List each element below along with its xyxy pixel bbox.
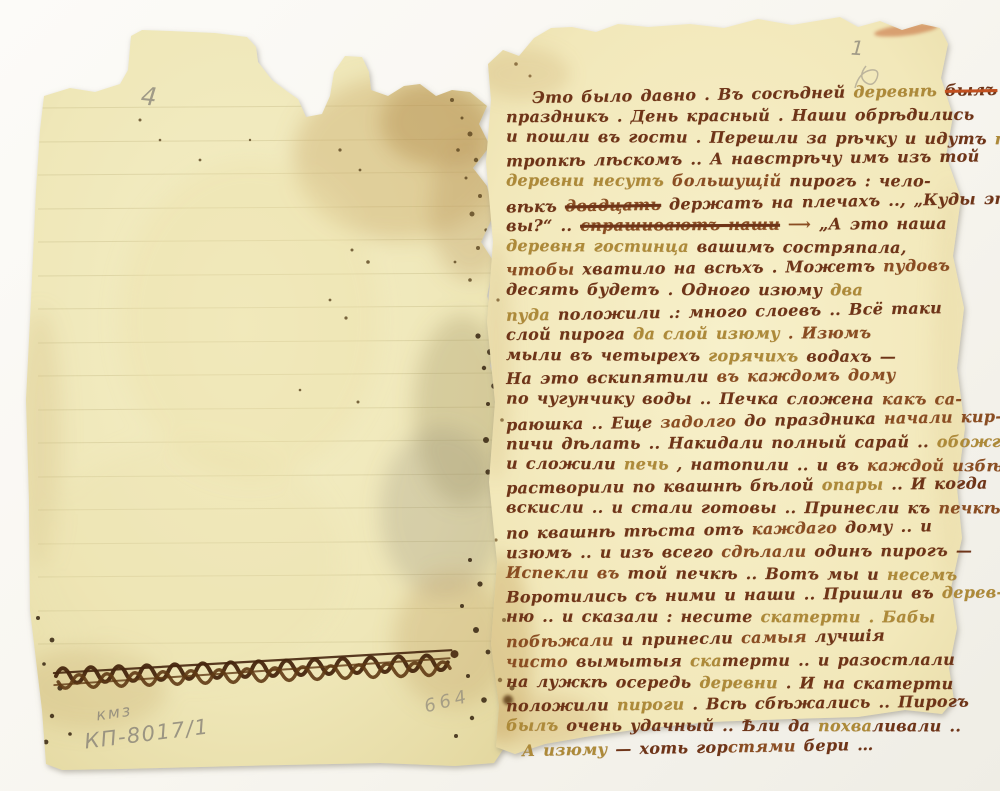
manuscript-line: положили пироги . Всѣ сбѣжались .. Пирог… — [506, 692, 969, 717]
manuscript-line: деревня гостинца вашимъ состряпала, — [506, 236, 907, 258]
manuscript-line: Воротились съ ними и наши .. Пришли въ д… — [506, 583, 1000, 608]
manuscript-line: былъ очень удачный .. Ѣли да похваливали… — [506, 716, 961, 737]
manuscript-line: Испекли въ той печкѣ .. Вотъ мы и несемъ — [506, 562, 957, 584]
manuscript-line: изюмъ .. и изъ всего сдѣлали одинъ пирог… — [506, 541, 972, 563]
manuscript-line: ню .. и сказали : несите скатерти . Бабы — [506, 607, 935, 628]
manuscript-line: Это было давно . Въ сосѣдней деревнѣ был… — [532, 80, 998, 108]
manuscript-line: пичи дѣлать .. Накидали полный сарай .. … — [506, 431, 1000, 454]
manuscript-line: вы?“ .. спрашиваютъ наши ⟶ „А это наша — [506, 214, 947, 236]
manuscript-line: деревни несутъ большущій пирогъ : чело- — [506, 171, 931, 192]
manuscript-line: по чугунчику воды .. Печка сложена какъ … — [506, 389, 962, 410]
manuscript-text: Это было давно . Въ сосѣдней деревнѣ был… — [0, 0, 1000, 791]
manuscript-line: слой пирога да слой изюму . Изюмъ — [506, 323, 871, 345]
manuscript-line: праздникъ . День красный . Наши обрѣдили… — [506, 105, 975, 127]
manuscript-line: на лужкѣ осередь деревни . И на скатерти — [506, 671, 954, 693]
manuscript-line: пуда положили .: много слоевъ .. Всё так… — [506, 298, 942, 326]
manuscript-line: по квашнѣ тѣста отъ каждаго дому .. и — [506, 516, 932, 543]
manuscript-line: мыли въ четырехъ горячихъ водахъ — — [506, 345, 896, 367]
manuscript-line: раюшка .. Еще задолго до праздника начал… — [506, 407, 1000, 436]
manuscript-line: десять будетъ . Одного изюму два — [506, 280, 863, 301]
manuscript-line: На это вскипятили въ каждомъ дому — [506, 365, 896, 389]
manuscript-line: и сложили печь , натопили .. и въ каждой… — [506, 453, 1000, 476]
manuscript-line: чисто вымытыя скатерти .. и разостлали — [506, 650, 955, 672]
manuscript-line: и пошли въ гости . Перешли за рѣчку и ид… — [506, 126, 1000, 149]
manuscript-line: побѣжали и принесли самыя лучшія — [506, 626, 885, 653]
manuscript-line: чтобы хватило на всѣхъ . Можетъ пудовъ — [506, 256, 950, 281]
manuscript-line: растворили по квашнѣ бѣлой опары .. И ко… — [506, 474, 988, 499]
document-scan: Это было давно . Въ сосѣдней деревнѣ был… — [0, 0, 1000, 791]
pencil-page-number-right: 1 — [850, 36, 864, 61]
manuscript-line: тропкѣ лѣскомъ .. А навстрѣчу имъ изъ то… — [506, 147, 980, 172]
pencil-page-number-left: 4 — [140, 81, 159, 112]
manuscript-line: А изюму — хоть горстями бери … — [522, 735, 874, 761]
